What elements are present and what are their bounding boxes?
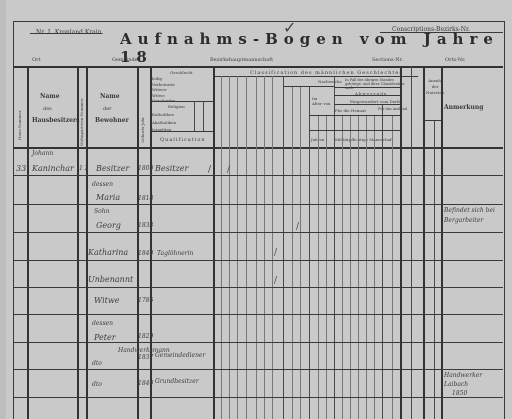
- remark-row9-line1: Handwerker: [444, 372, 482, 379]
- house-number: 33: [16, 164, 26, 173]
- col-age-label-2: Alter von: [312, 101, 331, 106]
- mark-row3: /: [296, 222, 299, 232]
- party-number: 1 2: [79, 165, 89, 172]
- birth-year-2: 1818: [138, 195, 153, 202]
- field-orts-label: Orts-Nr.: [445, 57, 466, 63]
- field-ort-label: Ort: [32, 57, 41, 63]
- col-future-note: In Fall des übrigen Standes gehörige, un…: [345, 78, 405, 90]
- birth-year-9: 1840: [138, 380, 153, 387]
- qualification-9: Grundbesitzer: [155, 378, 199, 385]
- birth-year-7: 1829: [138, 333, 153, 340]
- resident-3b: Georg: [96, 221, 121, 230]
- resident-7b: Peter: [94, 333, 116, 342]
- qualification-4: Taglöhnerin: [157, 250, 193, 257]
- col-party-number: Wohnparteien-Nummer: [79, 96, 84, 146]
- col-for-home: Für die Heimat: [335, 108, 366, 113]
- gender-block-title: Geschlecht: [170, 70, 193, 75]
- resident-4: Katharina: [88, 248, 128, 257]
- col-military: Militärpflichtige Mannschaft: [335, 137, 393, 142]
- gender-block-rows: ledig Verheiratet Witwer Witwe Geschiede…: [152, 76, 176, 104]
- col-owner-line2: des: [43, 106, 52, 112]
- field-section-label: Sections-Nr.: [372, 57, 403, 63]
- col-birth-year: Geburts-Jahr: [140, 105, 145, 143]
- resident-7a: dessen: [92, 320, 113, 327]
- remark-row3-line2: Bergarbeiter: [444, 217, 483, 224]
- birth-year-1: 1800: [138, 165, 153, 172]
- owner-first-name: Johann: [32, 150, 53, 157]
- mark-row4: /: [274, 248, 277, 258]
- col-house-number: Haus-Nummer: [17, 100, 22, 140]
- col-residents-line3: Bewohner: [95, 117, 129, 124]
- resident-8: dto: [92, 360, 102, 367]
- col-residents-line2: der: [103, 106, 112, 112]
- col-remarks: Anmerkung: [444, 104, 483, 111]
- remark-row9-line3: 1850: [452, 390, 467, 397]
- resident-2b: Maria: [96, 193, 120, 202]
- qualification-1: Besitzer: [155, 164, 188, 173]
- resident-6: Witwe: [94, 296, 119, 305]
- qualification-8: Gemeindediener: [155, 352, 205, 359]
- col-nachwuchs: Nachwuchs: [318, 79, 342, 84]
- birth-year-8: 1837: [138, 354, 153, 361]
- mark-row5: /: [274, 276, 277, 286]
- resident-1: Besitzer: [96, 164, 129, 173]
- resident-3a: Sohn: [94, 208, 109, 215]
- col-owner-line1: Name: [40, 93, 60, 100]
- resident-5: Unbenannt: [88, 275, 133, 284]
- col-qualification: Qualification: [160, 137, 206, 143]
- mark-row1-b: /: [227, 165, 230, 175]
- resident-9: dto: [92, 381, 102, 388]
- birth-year-3: 1833: [138, 222, 153, 229]
- owner-surname: Kaninchar: [32, 164, 74, 173]
- resident-2a: dessen: [92, 181, 113, 188]
- col-owner-line3: Hausbesitzers: [32, 117, 80, 124]
- birth-year-4: 1840: [138, 250, 153, 257]
- remark-row9-line2: Laibach: [444, 381, 468, 388]
- field-bezirk-label: Bezirkshauptmannschaft: [210, 57, 273, 63]
- birth-year-6: 1786: [138, 297, 153, 304]
- mark-row1-a: /: [208, 165, 211, 175]
- field-gemeinde-label: Gemeinde: [112, 57, 138, 63]
- religion-block-title: Religion: [168, 104, 185, 109]
- col-residents-line1: Name: [100, 93, 120, 100]
- remark-row3-line1: Befindet sich bei: [444, 207, 495, 214]
